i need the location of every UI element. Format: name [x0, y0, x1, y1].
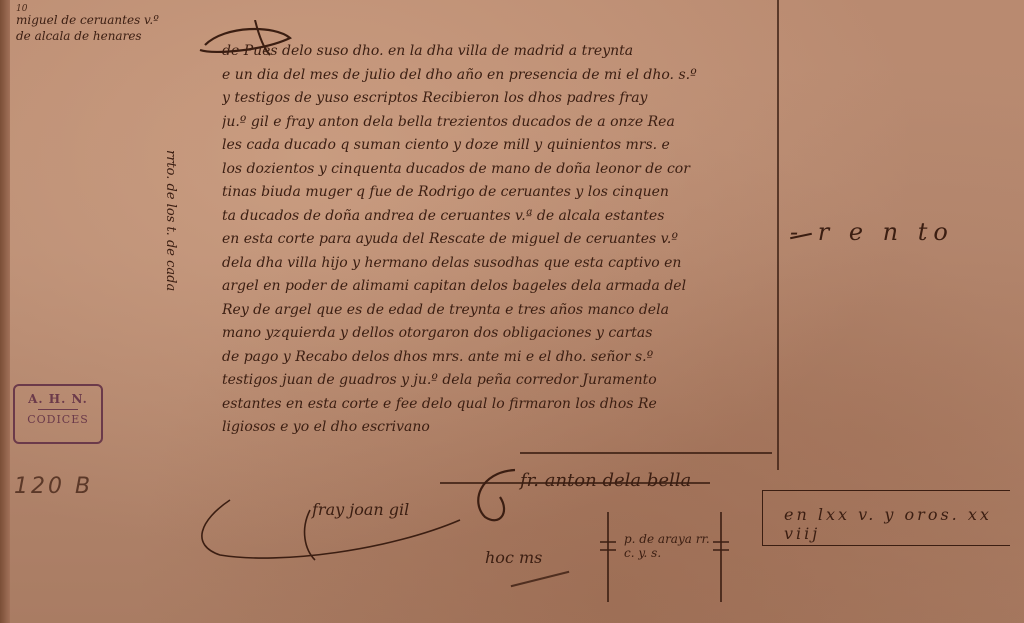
margin-note-line: de alcala de henares — [16, 28, 186, 44]
right-margin-rule — [777, 0, 779, 470]
stamp-subtitle: CODICES — [15, 413, 101, 426]
body-line: mano yzquierda y dellos otorgaron dos ob… — [222, 322, 782, 346]
body-line: argel en poder de alimami capitan delos … — [222, 275, 782, 299]
body-line: en esta corte para ayuda del Rescate de … — [222, 228, 782, 252]
document-body: de Pues delo suso dho. en la dha villa d… — [222, 40, 782, 440]
signature: fr. anton dela bella — [520, 470, 691, 491]
stamp-divider — [38, 409, 78, 410]
cross-mark-icon — [596, 512, 746, 612]
signature: p. de araya rr. c. y. s. — [624, 532, 724, 560]
body-line: Rey de argel que es de edad de treynta e… — [222, 299, 782, 323]
signature: fray joan gil — [312, 500, 409, 519]
body-line: dela dha villa hijo y hermano delas suso… — [222, 252, 782, 276]
vertical-margin-note: rrto. de los t. de cada — [163, 150, 178, 291]
body-line: y testigos de yuso escriptos Recibieron … — [222, 87, 782, 111]
body-line: e un dia del mes de julio del dho año en… — [222, 64, 782, 88]
stamp-title: A. H. N. — [15, 392, 101, 406]
closing-rule — [520, 452, 772, 454]
margin-note: miguel de ceruantes v.º de alcala de hen… — [16, 12, 186, 44]
fee-note: en lxx v. y oros. xx viij — [784, 505, 1024, 543]
body-line: de pago y Recabo delos dhos mrs. ante mi… — [222, 346, 782, 370]
body-line: de Pues delo suso dho. en la dha villa d… — [222, 40, 782, 64]
page-edge — [0, 0, 10, 623]
body-line: tinas biuda muger q fue de Rodrigo de ce… — [222, 181, 782, 205]
body-line: ju.º gil e fray anton dela bella trezien… — [222, 111, 782, 135]
body-line: les cada ducado q suman ciento y doze mi… — [222, 134, 782, 158]
body-line: los dozientos y cinquenta ducados de man… — [222, 158, 782, 182]
body-line: testigos juan de guadros y ju.º dela peñ… — [222, 369, 782, 393]
side-note: - r e n to — [790, 218, 954, 246]
body-line: ligiosos e yo el dho escrivano — [222, 416, 782, 440]
body-line: estantes en esta corte e fee delo qual l… — [222, 393, 782, 417]
signature-underline — [511, 571, 570, 587]
body-line: ta ducados de doña andrea de ceruantes v… — [222, 205, 782, 229]
archive-stamp: A. H. N. CODICES — [13, 384, 103, 444]
signature: hoc ms — [485, 548, 542, 567]
margin-note-line: miguel de ceruantes v.º — [16, 12, 186, 28]
shelfmark: 120 B — [14, 474, 93, 499]
